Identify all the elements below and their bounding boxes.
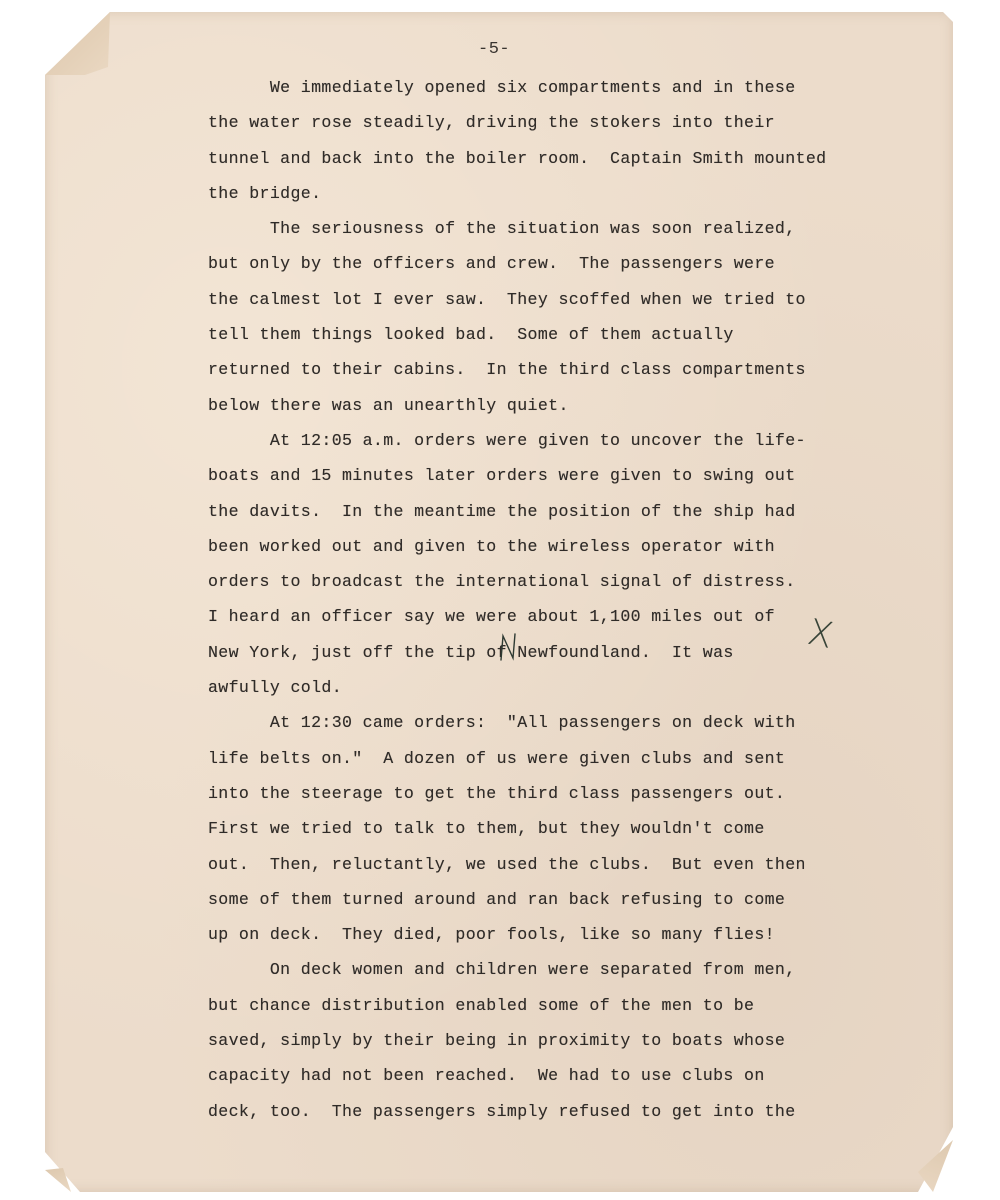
text-line: capacity had not been reached. We had to… [208,1058,858,1093]
text-line: tunnel and back into the boiler room. Ca… [208,141,858,176]
text-line: returned to their cabins. In the third c… [208,352,858,387]
page-number: -5- [478,40,510,59]
text-line: The seriousness of the situation was soo… [208,211,858,246]
text-line: awfully cold. [208,670,858,705]
text-line: We immediately opened six compartments a… [208,70,858,105]
text-line: life belts on." A dozen of us were given… [208,741,858,776]
text-line: some of them turned around and ran back … [208,882,858,917]
text-line: the water rose steadily, driving the sto… [208,105,858,140]
text-line: On deck women and children were separate… [208,952,858,987]
text-line: orders to broadcast the international si… [208,564,858,599]
text-line: At 12:30 came orders: "All passengers on… [208,705,858,740]
text-line: the bridge. [208,176,858,211]
text-line: into the steerage to get the third class… [208,776,858,811]
text-line: out. Then, reluctantly, we used the club… [208,847,858,882]
text-line: deck, too. The passengers simply refused… [208,1094,858,1129]
text-line: the calmest lot I ever saw. They scoffed… [208,282,858,317]
text-line: I heard an officer say we were about 1,1… [208,599,858,634]
folded-corner-top-left [45,12,110,75]
handwritten-n-correction-icon [498,632,520,662]
text-line: First we tried to talk to them, but they… [208,811,858,846]
text-line: boats and 15 minutes later orders were g… [208,458,858,493]
text-line: saved, simply by their being in proximit… [208,1023,858,1058]
text-line: been worked out and given to the wireles… [208,529,858,564]
text-line: but chance distribution enabled some of … [208,988,858,1023]
text-line: At 12:05 a.m. orders were given to uncov… [208,423,858,458]
body-text: We immediately opened six compartments a… [208,70,858,1129]
text-line: New York, just off the tip of Newfoundla… [208,635,858,670]
text-line: tell them things looked bad. Some of the… [208,317,858,352]
text-line: up on deck. They died, poor fools, like … [208,917,858,952]
text-line: below there was an unearthly quiet. [208,388,858,423]
text-line: the davits. In the meantime the position… [208,494,858,529]
text-line: but only by the officers and crew. The p… [208,246,858,281]
